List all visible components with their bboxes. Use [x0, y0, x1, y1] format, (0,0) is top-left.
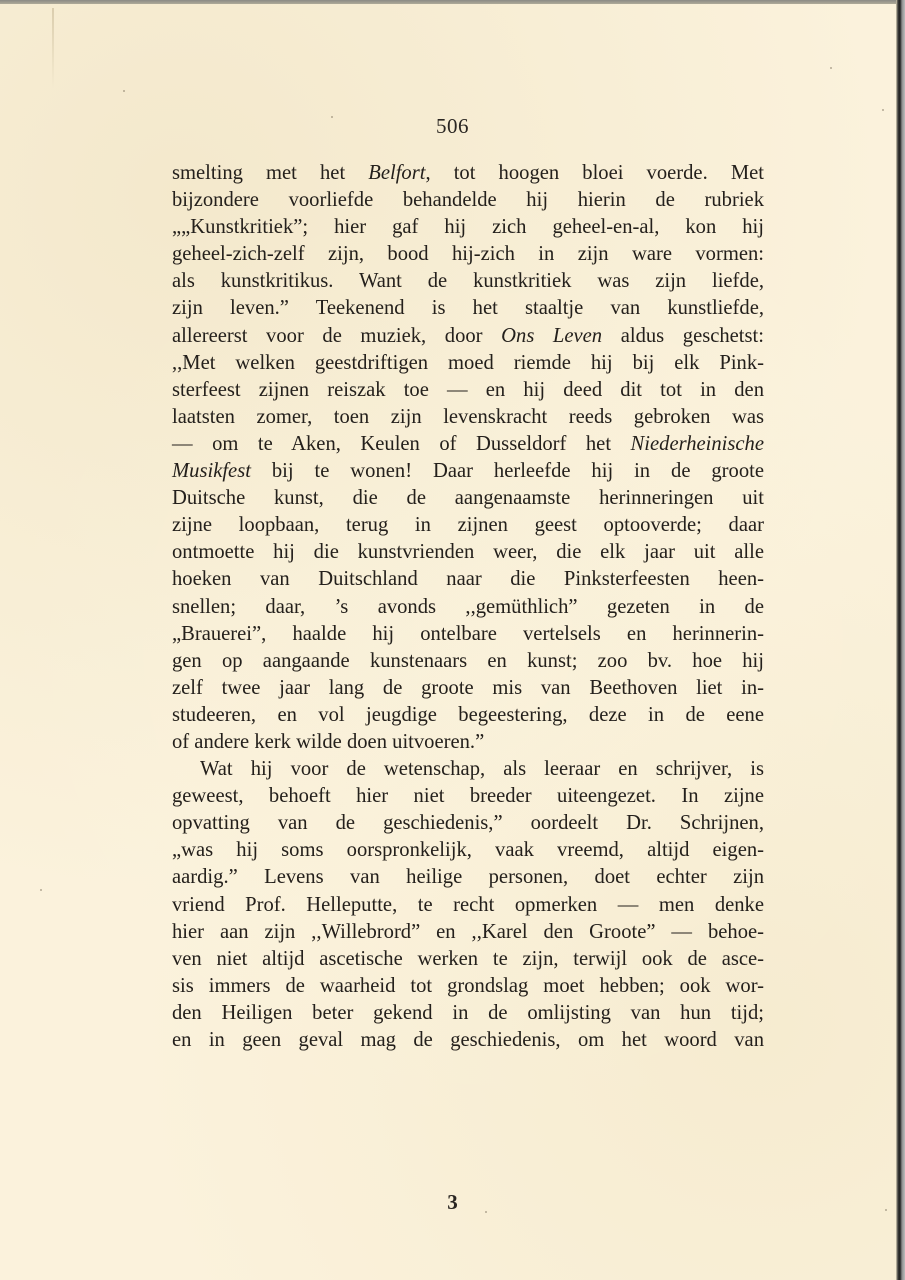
text-line: „was hij soms oorspronkelijk, vaak vreem…	[172, 837, 764, 864]
paper-speck	[830, 67, 832, 69]
text-segment: aardig.” Levens van heilige personen, do…	[172, 866, 764, 888]
text-segment: hier aan zijn ,,Willebrord” en ,,Karel d…	[172, 921, 764, 943]
paper-speck	[40, 889, 42, 891]
text-line: hier aan zijn ,,Willebrord” en ,,Karel d…	[172, 919, 764, 946]
text-line: ontmoette hij die kunstvrienden weer, di…	[172, 539, 764, 566]
text-line: zelf twee jaar lang de groote mis van Be…	[172, 675, 764, 702]
text-line: of andere kerk wilde doen uitvoeren.”	[172, 729, 764, 756]
text-line: ven niet altijd ascetische werken te zij…	[172, 946, 764, 973]
body-text: smelting met het Belfort, tot hoogen blo…	[172, 160, 764, 1054]
text-segment: sis immers de waarheid tot grondslag moe…	[172, 975, 764, 997]
text-line: Duitsche kunst, die de aangenaamste heri…	[172, 485, 764, 512]
text-line: den Heiligen beter gekend in de omlijsti…	[172, 1000, 764, 1027]
page-fold-mark	[52, 8, 54, 88]
text-line: studeeren, en vol jeugdige begeestering,…	[172, 702, 764, 729]
text-segment: Wat hij voor de wetenschap, als leeraar …	[200, 758, 764, 780]
signature-mark: 3	[0, 1190, 905, 1215]
text-line: smelting met het Belfort, tot hoogen blo…	[172, 160, 764, 187]
text-segment: den Heiligen beter gekend in de omlijsti…	[172, 1002, 764, 1024]
text-line: ,,Met welken geestdriftigen moed riemde …	[172, 350, 764, 377]
text-segment: ven niet altijd ascetische werken te zij…	[172, 948, 764, 970]
paper-speck	[882, 109, 884, 111]
text-segment: zelf twee jaar lang de groote mis van Be…	[172, 677, 764, 699]
text-line: Wat hij voor de wetenschap, als leeraar …	[172, 756, 764, 783]
text-segment: allereerst voor de muziek, door	[172, 325, 501, 347]
text-segment: als kunstkritikus. Want de kunstkritiek …	[172, 270, 764, 292]
text-line: „Brauerei”, haalde hij ontelbare vertels…	[172, 621, 764, 648]
text-segment: studeeren, en vol jeugdige begeestering,…	[172, 704, 764, 726]
text-segment: „Brauerei”, haalde hij ontelbare vertels…	[172, 623, 764, 645]
text-segment: zijne loopbaan, terug in zijnen geest op…	[172, 514, 764, 536]
text-segment: hoeken van Duitschland naar die Pinkster…	[172, 568, 764, 590]
text-segment: vriend Prof. Helleputte, te recht opmerk…	[172, 894, 764, 916]
text-segment: „was hij soms oorspronkelijk, vaak vreem…	[172, 839, 764, 861]
text-segment: — om te Aken, Keulen of Dusseldorf het	[172, 433, 631, 455]
text-segment: geheel-zich-zelf zijn, bood hij-zich in …	[172, 243, 764, 265]
text-segment: ,,Met welken geestdriftigen moed riemde …	[172, 352, 764, 374]
text-segment: Duitsche kunst, die de aangenaamste heri…	[172, 487, 764, 509]
text-segment: opvatting van de geschiedenis,” oordeelt…	[172, 812, 764, 834]
italic-title: Belfort	[368, 162, 425, 184]
paper-speck	[123, 90, 125, 92]
text-segment: smelting met het	[172, 162, 368, 184]
text-segment: en in geen geval mag de geschiedenis, om…	[172, 1029, 764, 1051]
text-line: geweest, behoeft hier niet breeder uitee…	[172, 783, 764, 810]
text-line: laatsten zomer, toen zijn levenskracht r…	[172, 404, 764, 431]
italic-title: Niederheinische	[631, 433, 764, 455]
text-segment: laatsten zomer, toen zijn levenskracht r…	[172, 406, 764, 428]
text-segment: of andere kerk wilde doen uitvoeren.”	[172, 731, 484, 753]
text-line: hoeken van Duitschland naar die Pinkster…	[172, 566, 764, 593]
text-line: Musikfest bij te wonen! Daar herleefde h…	[172, 458, 764, 485]
italic-title: Musikfest	[172, 460, 251, 482]
text-segment: bij te wonen! Daar herleefde hij in de g…	[251, 460, 764, 482]
text-line: „„Kunstkritiek”; hier gaf hij zich gehee…	[172, 214, 764, 241]
text-line: sterfeest zijnen reiszak toe — en hij de…	[172, 377, 764, 404]
text-line: opvatting van de geschiedenis,” oordeelt…	[172, 810, 764, 837]
text-segment: geweest, behoeft hier niet breeder uitee…	[172, 785, 764, 807]
text-segment: snellen; daar, ’s avonds ,,gemüthlich” g…	[172, 596, 764, 618]
text-line: bijzondere voorliefde behandelde hij hie…	[172, 187, 764, 214]
text-line: zijn leven.” Teekenend is het staaltje v…	[172, 295, 764, 322]
text-segment: „„Kunstkritiek”; hier gaf hij zich gehee…	[172, 216, 764, 238]
text-line: als kunstkritikus. Want de kunstkritiek …	[172, 268, 764, 295]
text-line: aardig.” Levens van heilige personen, do…	[172, 864, 764, 891]
text-segment: aldus geschetst:	[602, 325, 764, 347]
text-line: zijne loopbaan, terug in zijnen geest op…	[172, 512, 764, 539]
text-line: vriend Prof. Helleputte, te recht opmerk…	[172, 892, 764, 919]
text-segment: sterfeest zijnen reiszak toe — en hij de…	[172, 379, 764, 401]
text-line: gen op aangaande kunstenaars en kunst; z…	[172, 648, 764, 675]
text-segment: zijn leven.” Teekenend is het staaltje v…	[172, 297, 764, 319]
text-line: en in geen geval mag de geschiedenis, om…	[172, 1027, 764, 1054]
text-line: — om te Aken, Keulen of Dusseldorf het N…	[172, 431, 764, 458]
text-line: sis immers de waarheid tot grondslag moe…	[172, 973, 764, 1000]
text-segment: ontmoette hij die kunstvrienden weer, di…	[172, 541, 764, 563]
text-line: allereerst voor de muziek, door Ons Leve…	[172, 323, 764, 350]
text-segment: bijzondere voorliefde behandelde hij hie…	[172, 189, 764, 211]
text-segment: gen op aangaande kunstenaars en kunst; z…	[172, 650, 764, 672]
text-segment: , tot hoogen bloei voerde. Met	[425, 162, 764, 184]
scan-right-edge	[896, 0, 905, 1280]
text-line: geheel-zich-zelf zijn, bood hij-zich in …	[172, 241, 764, 268]
page-number: 506	[0, 114, 905, 139]
text-line: snellen; daar, ’s avonds ,,gemüthlich” g…	[172, 594, 764, 621]
italic-title: Ons Leven	[501, 325, 602, 347]
